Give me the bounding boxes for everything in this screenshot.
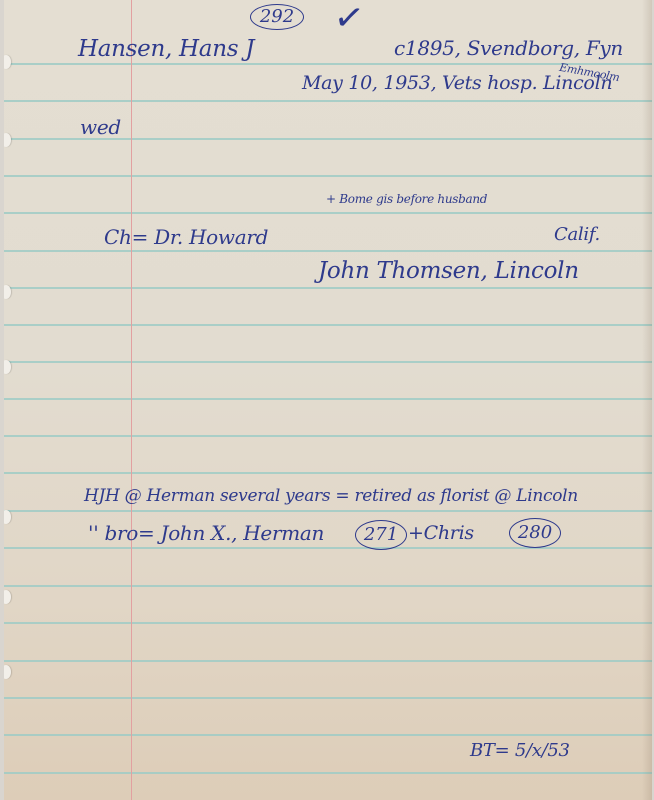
wed-label: wed <box>80 115 121 139</box>
children: Ch= Dr. Howard <box>104 225 268 249</box>
ruled-line <box>4 772 652 774</box>
ruled-line <box>4 175 652 177</box>
ruled-line <box>4 435 652 437</box>
binder-hole <box>4 360 11 374</box>
ruled-line <box>4 585 652 587</box>
calif-label: Calif. <box>554 224 600 245</box>
ruled-line <box>4 697 652 699</box>
binder-hole <box>4 665 11 679</box>
ruled-line <box>4 361 652 363</box>
binder-hole <box>4 285 11 299</box>
contact-name: John Thomsen, Lincoln <box>318 258 579 284</box>
ruled-line <box>4 660 652 662</box>
ruled-line <box>4 734 652 736</box>
ruled-line <box>4 472 652 474</box>
notebook-page: 292 ✓ Hansen, Hans J c1895, Svendborg, F… <box>4 0 652 800</box>
ref-271-circled: 271 <box>355 520 407 550</box>
death-info: May 10, 1953, Vets hosp. Lincoln <box>302 72 612 94</box>
and-chris: +Chris <box>408 522 474 544</box>
ruled-line <box>4 398 652 400</box>
ruled-line <box>4 547 652 549</box>
margin-line <box>131 0 132 800</box>
binder-hole <box>4 590 11 604</box>
binder-hole <box>4 133 11 147</box>
birth-info: c1895, Svendborg, Fyn <box>394 36 623 60</box>
ruled-line <box>4 100 652 102</box>
remark-line-2: '' bro= John X., Herman <box>88 521 324 545</box>
person-name: Hansen, Hans J <box>78 36 254 62</box>
ruled-line <box>4 622 652 624</box>
ruled-line <box>4 250 652 252</box>
ruled-line <box>4 287 652 289</box>
ruled-line <box>4 324 652 326</box>
check-mark-icon: ✓ <box>331 0 367 41</box>
binder-hole <box>4 55 11 69</box>
ref-280-circled: 280 <box>509 518 561 548</box>
record-number-circled: 292 <box>250 4 304 30</box>
footer-initials-date: BT= 5/x/53 <box>470 740 570 761</box>
remark-line-1: HJH @ Herman several years = retired as … <box>84 486 578 506</box>
ruled-line <box>4 510 652 512</box>
ruled-line <box>4 212 652 214</box>
binder-hole <box>4 510 11 524</box>
ruled-line <box>4 63 652 65</box>
note-above: + Bome gis before husband <box>326 192 487 206</box>
